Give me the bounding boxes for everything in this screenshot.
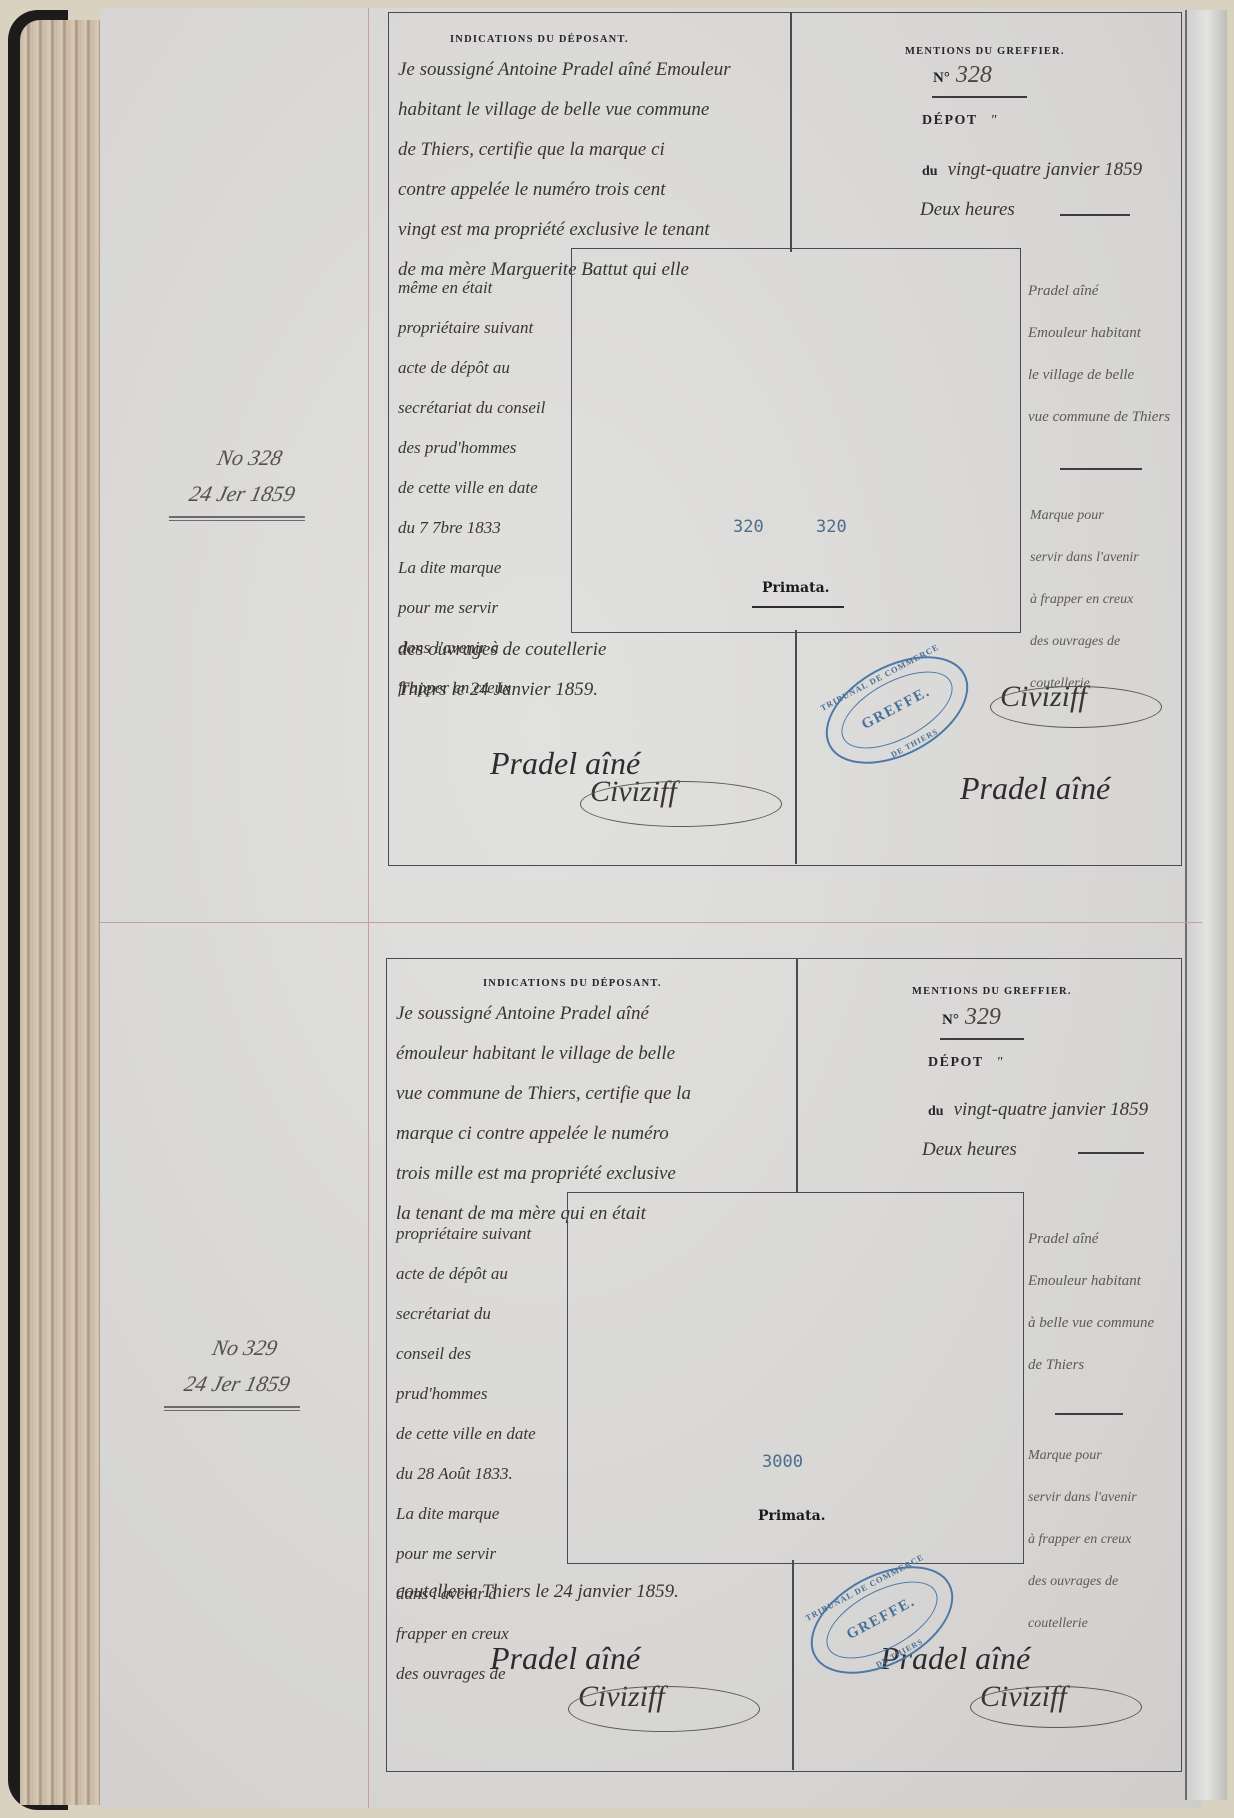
entry-329-margin-note: No 329 24 Jer 1859 <box>161 1330 318 1411</box>
margin-note-number: No 328 <box>176 440 324 476</box>
right-page-edge <box>1185 10 1227 1800</box>
entry-328-margin-note: No 328 24 Jer 1859 <box>166 440 323 521</box>
depot-label-text: DÉPOT <box>922 113 977 128</box>
flourish-loop <box>990 686 1162 728</box>
depot-mark: " <box>996 1055 1003 1070</box>
mark-number-right: 320 <box>816 517 847 537</box>
clerk-flourish-signature: Civiziff <box>590 775 677 809</box>
deposit-number-underline <box>940 1038 1024 1040</box>
depositor-text-side: propriétaire suivant acte de dépôt au se… <box>396 1214 566 1694</box>
margin-rule-horizontal <box>100 922 1202 923</box>
clerk-mark-note: Marque pour servir dans l'avenir à frapp… <box>1028 1435 1178 1645</box>
depot-label: DÉPOT " <box>922 113 998 129</box>
depositor-text-bottom: coutellerie Thiers le 24 janvier 1859. <box>396 1572 791 1612</box>
clerk-owner-note: Pradel aîné Emouleur habitant à belle vu… <box>1028 1218 1178 1386</box>
clerk-mark-note: Marque pour servir dans l'avenir à frapp… <box>1030 495 1180 705</box>
margin-note-date: 24 Jer 1859 <box>168 476 316 512</box>
deposit-date-value: vingt-quatre janvier 1859 <box>954 1099 1149 1120</box>
deposit-date: du vingt-quatre janvier 1859 <box>922 150 1142 190</box>
mark-caption-rule <box>752 606 844 608</box>
deposit-date-label: du <box>928 1104 944 1119</box>
margin-note-date: 24 Jer 1859 <box>163 1366 311 1402</box>
clerk-flourish-signature-right: Civiziff <box>1000 680 1087 714</box>
margin-note-rule <box>169 516 305 521</box>
mark-number: 3000 <box>762 1452 803 1472</box>
deposit-time-rule <box>1078 1152 1144 1154</box>
deposit-time: Deux heures <box>920 190 1015 230</box>
deposit-number-label: N° <box>933 70 950 86</box>
entry-328-column-divider <box>790 12 792 252</box>
clerk-header: MENTIONS DU GREFFIER. <box>905 46 1065 57</box>
flourish-loop <box>580 781 782 827</box>
mark-caption: Primata. <box>758 1508 826 1524</box>
deposit-number-label: N° <box>942 1012 959 1028</box>
entry-329-column-divider-lower <box>792 1560 794 1770</box>
flourish-loop <box>970 1686 1142 1728</box>
depot-mark: " <box>990 113 997 128</box>
deposit-number-value: 328 <box>956 62 992 88</box>
depot-label-text: DÉPOT <box>928 1055 983 1070</box>
deposit-time-rule <box>1060 214 1130 216</box>
mark-number-left: 320 <box>733 517 764 537</box>
depot-label: DÉPOT " <box>928 1055 1004 1071</box>
clerk-owner-note: Pradel aîné Emouleur habitant le village… <box>1028 270 1178 438</box>
clerk-flourish-signature-right: Civiziff <box>980 1680 1067 1714</box>
clerk-note-divider <box>1060 468 1142 470</box>
deposit-number: N°329 <box>942 1004 1001 1031</box>
depositor-header: INDICATIONS DU DÉPOSANT. <box>450 34 629 45</box>
depositor-signature: Pradel aîné <box>490 1640 640 1677</box>
clerk-side-signature: Pradel aîné <box>960 770 1110 807</box>
flourish-loop <box>568 1686 760 1732</box>
margin-note-number: No 329 <box>171 1330 319 1366</box>
deposit-date-value: vingt-quatre janvier 1859 <box>948 159 1143 180</box>
entry-328-column-divider-lower <box>795 630 797 864</box>
deposit-date-label: du <box>922 164 938 179</box>
depositor-header: INDICATIONS DU DÉPOSANT. <box>483 978 662 989</box>
mark-box <box>571 248 1021 633</box>
margin-note-rule <box>164 1406 300 1411</box>
margin-rule-vertical <box>368 8 369 1808</box>
deposit-date: du vingt-quatre janvier 1859 <box>928 1090 1148 1130</box>
depositor-text-bottom: des ouvrages de coutellerie Thiers le 24… <box>398 630 788 710</box>
deposit-number-value: 329 <box>965 1004 1001 1030</box>
clerk-note-divider <box>1055 1413 1123 1415</box>
clerk-flourish-signature: Civiziff <box>578 1680 665 1714</box>
entry-329-column-divider <box>796 958 798 1193</box>
clerk-header: MENTIONS DU GREFFIER. <box>912 986 1072 997</box>
deposit-number-underline <box>932 96 1027 98</box>
mark-caption: Primata. <box>762 580 830 596</box>
deposit-number: N°328 <box>933 62 992 89</box>
deposit-time: Deux heures <box>922 1130 1017 1170</box>
